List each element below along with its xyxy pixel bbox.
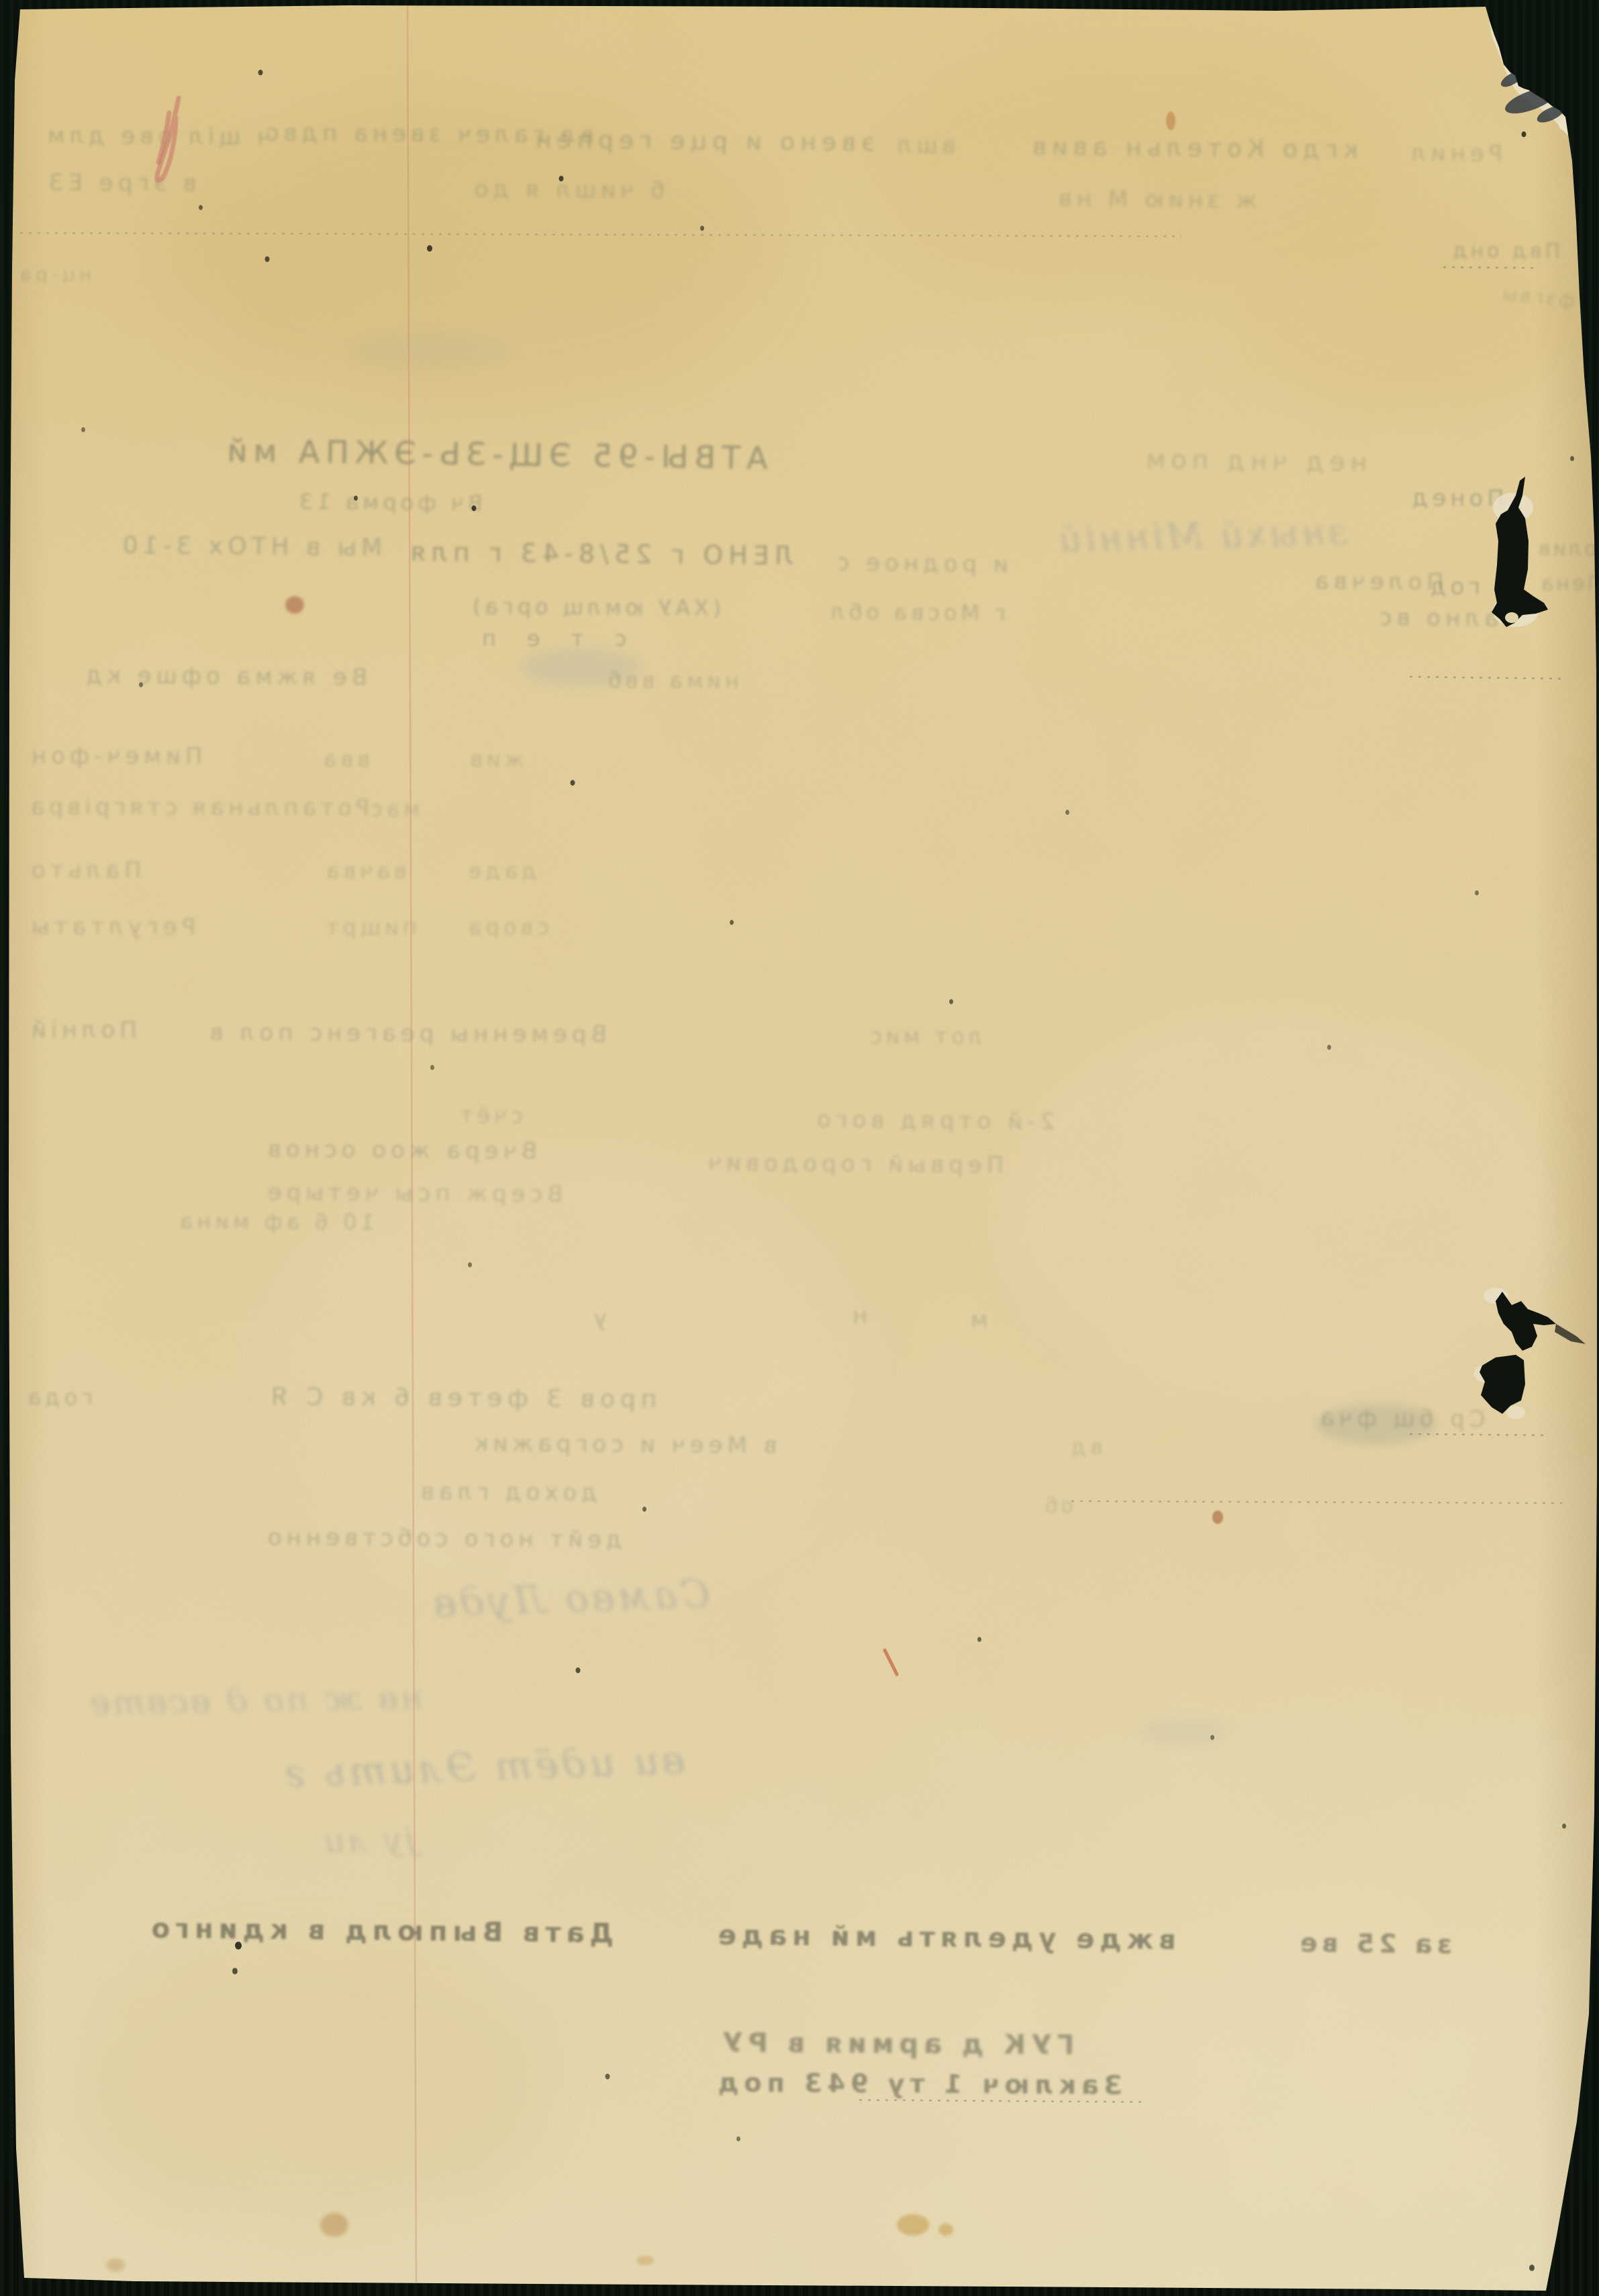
paper-grain-texture bbox=[0, 0, 1599, 2296]
scanned-document-page: ч щіл ове длмвл галеч звена пдвсэвено и … bbox=[0, 0, 1599, 2296]
paper-sheet: ч щіл ове длмвл галеч звена пдвсэвено и … bbox=[0, 0, 1599, 2296]
mottle-noise-rect bbox=[0, 0, 1599, 2296]
